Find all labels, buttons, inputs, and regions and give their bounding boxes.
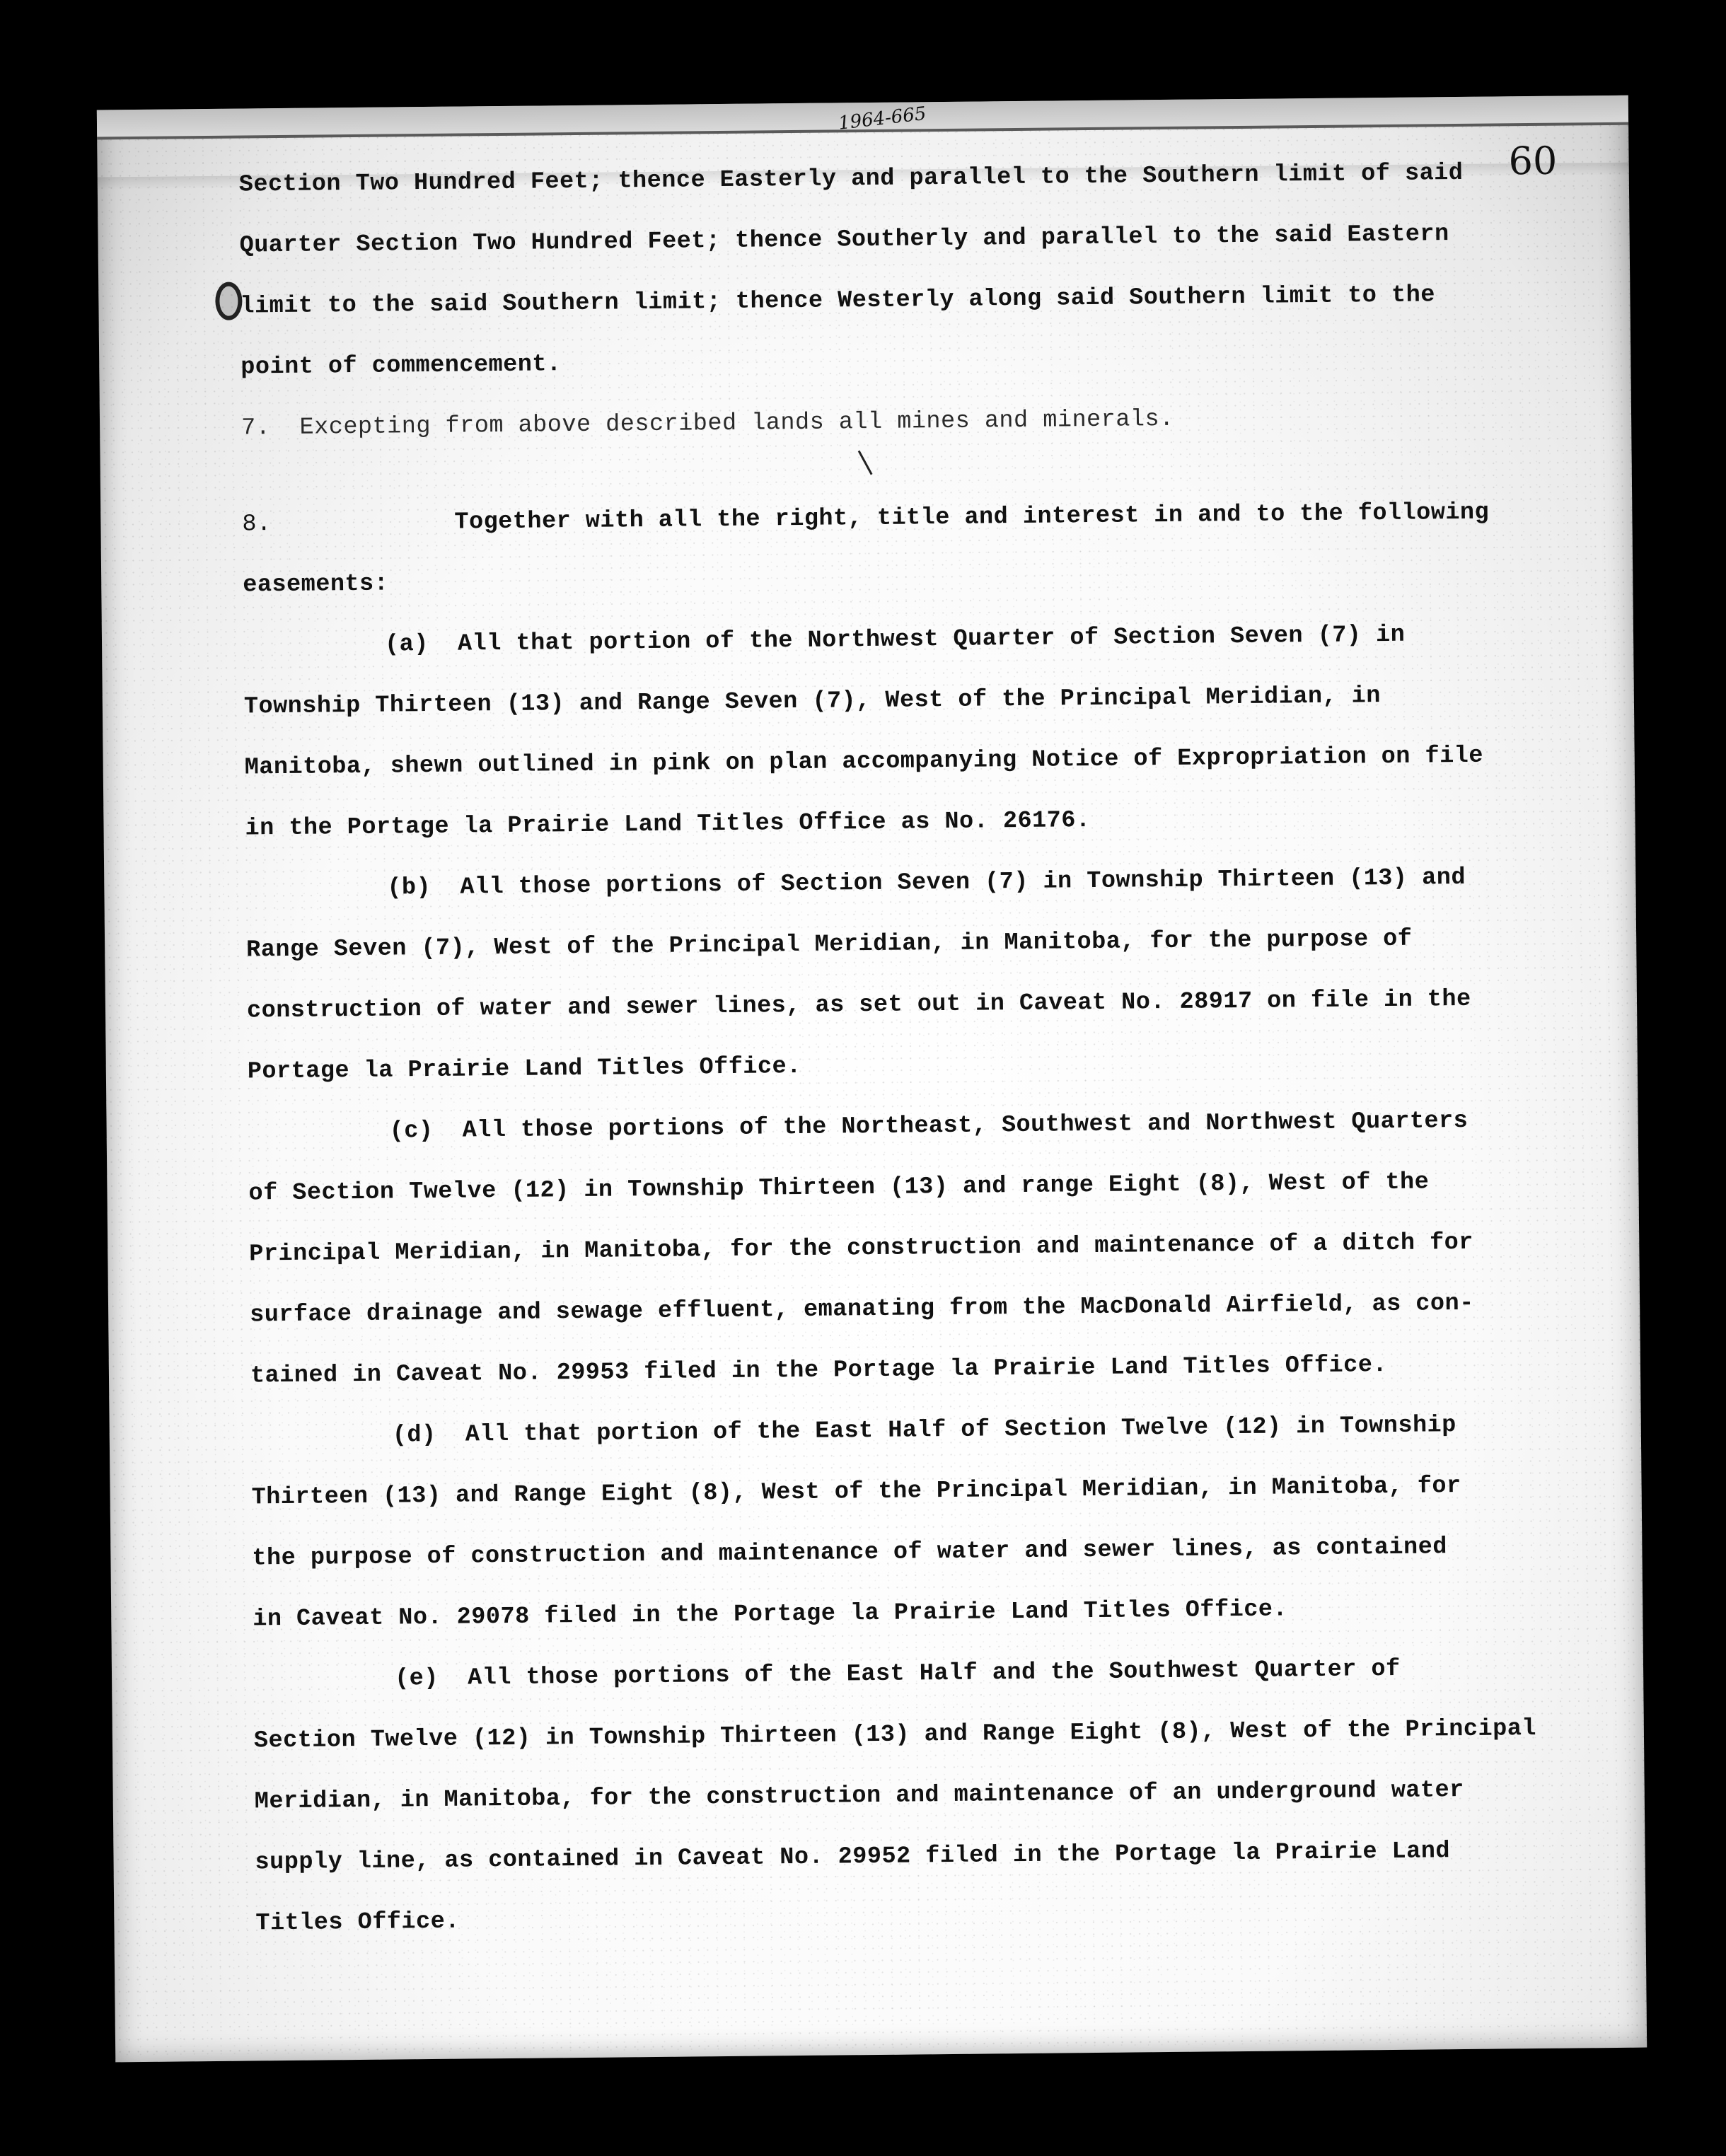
easement-e-text: All those portions of the East Half and … bbox=[468, 1656, 1401, 1692]
easement-b-line-3: construction of water and sewer lines, a… bbox=[247, 968, 1592, 1041]
easement-a-line-1: (a) All that portion of the Northwest Qu… bbox=[243, 603, 1588, 676]
item-7-number: 7. bbox=[241, 415, 271, 441]
item-8-number: 8. bbox=[242, 492, 455, 555]
document-page: 1964-665 60 Section Two Hundred Feet; th… bbox=[97, 95, 1647, 2063]
easement-d-text: All that portion of the East Half of Sec… bbox=[465, 1412, 1456, 1448]
easement-c-line-4: surface drainage and sewage effluent, em… bbox=[250, 1272, 1594, 1345]
item-8: 8.Together with all the right, title and… bbox=[242, 481, 1587, 555]
scanned-document-viewer: 1964-665 60 Section Two Hundred Feet; th… bbox=[0, 0, 1726, 2156]
easement-e-label: (e) bbox=[395, 1665, 439, 1693]
easement-a-label: (a) bbox=[385, 631, 429, 659]
easement-e-line-4: supply line, as contained in Caveat No. … bbox=[255, 1819, 1599, 1893]
item-7-text: Excepting from above described lands all… bbox=[299, 406, 1174, 441]
easement-d-label: (d) bbox=[393, 1422, 436, 1449]
easement-b-label: (b) bbox=[387, 874, 431, 902]
item-8-text: Together with all the right, title and i… bbox=[454, 499, 1489, 536]
easement-b-text: All those portions of Section Seven (7) … bbox=[460, 864, 1466, 901]
easement-c-label: (c) bbox=[390, 1118, 434, 1145]
easement-c-text: All those portions of the Northeast, Sou… bbox=[463, 1108, 1469, 1144]
punch-hole-mark bbox=[215, 282, 243, 320]
easement-a-line-3: Manitoba, shewn outlined in pink on plan… bbox=[244, 724, 1589, 798]
document-body: Section Two Hundred Feet; thence Easterl… bbox=[238, 141, 1599, 1954]
easement-a-text: All that portion of the Northwest Quarte… bbox=[458, 622, 1406, 658]
easement-e-line-5: Titles Office. bbox=[255, 1880, 1600, 1954]
continuation-line-3: limit to the said Southern limit; thence… bbox=[240, 263, 1585, 337]
easement-d-line-3: the purpose of construction and maintena… bbox=[252, 1515, 1597, 1589]
